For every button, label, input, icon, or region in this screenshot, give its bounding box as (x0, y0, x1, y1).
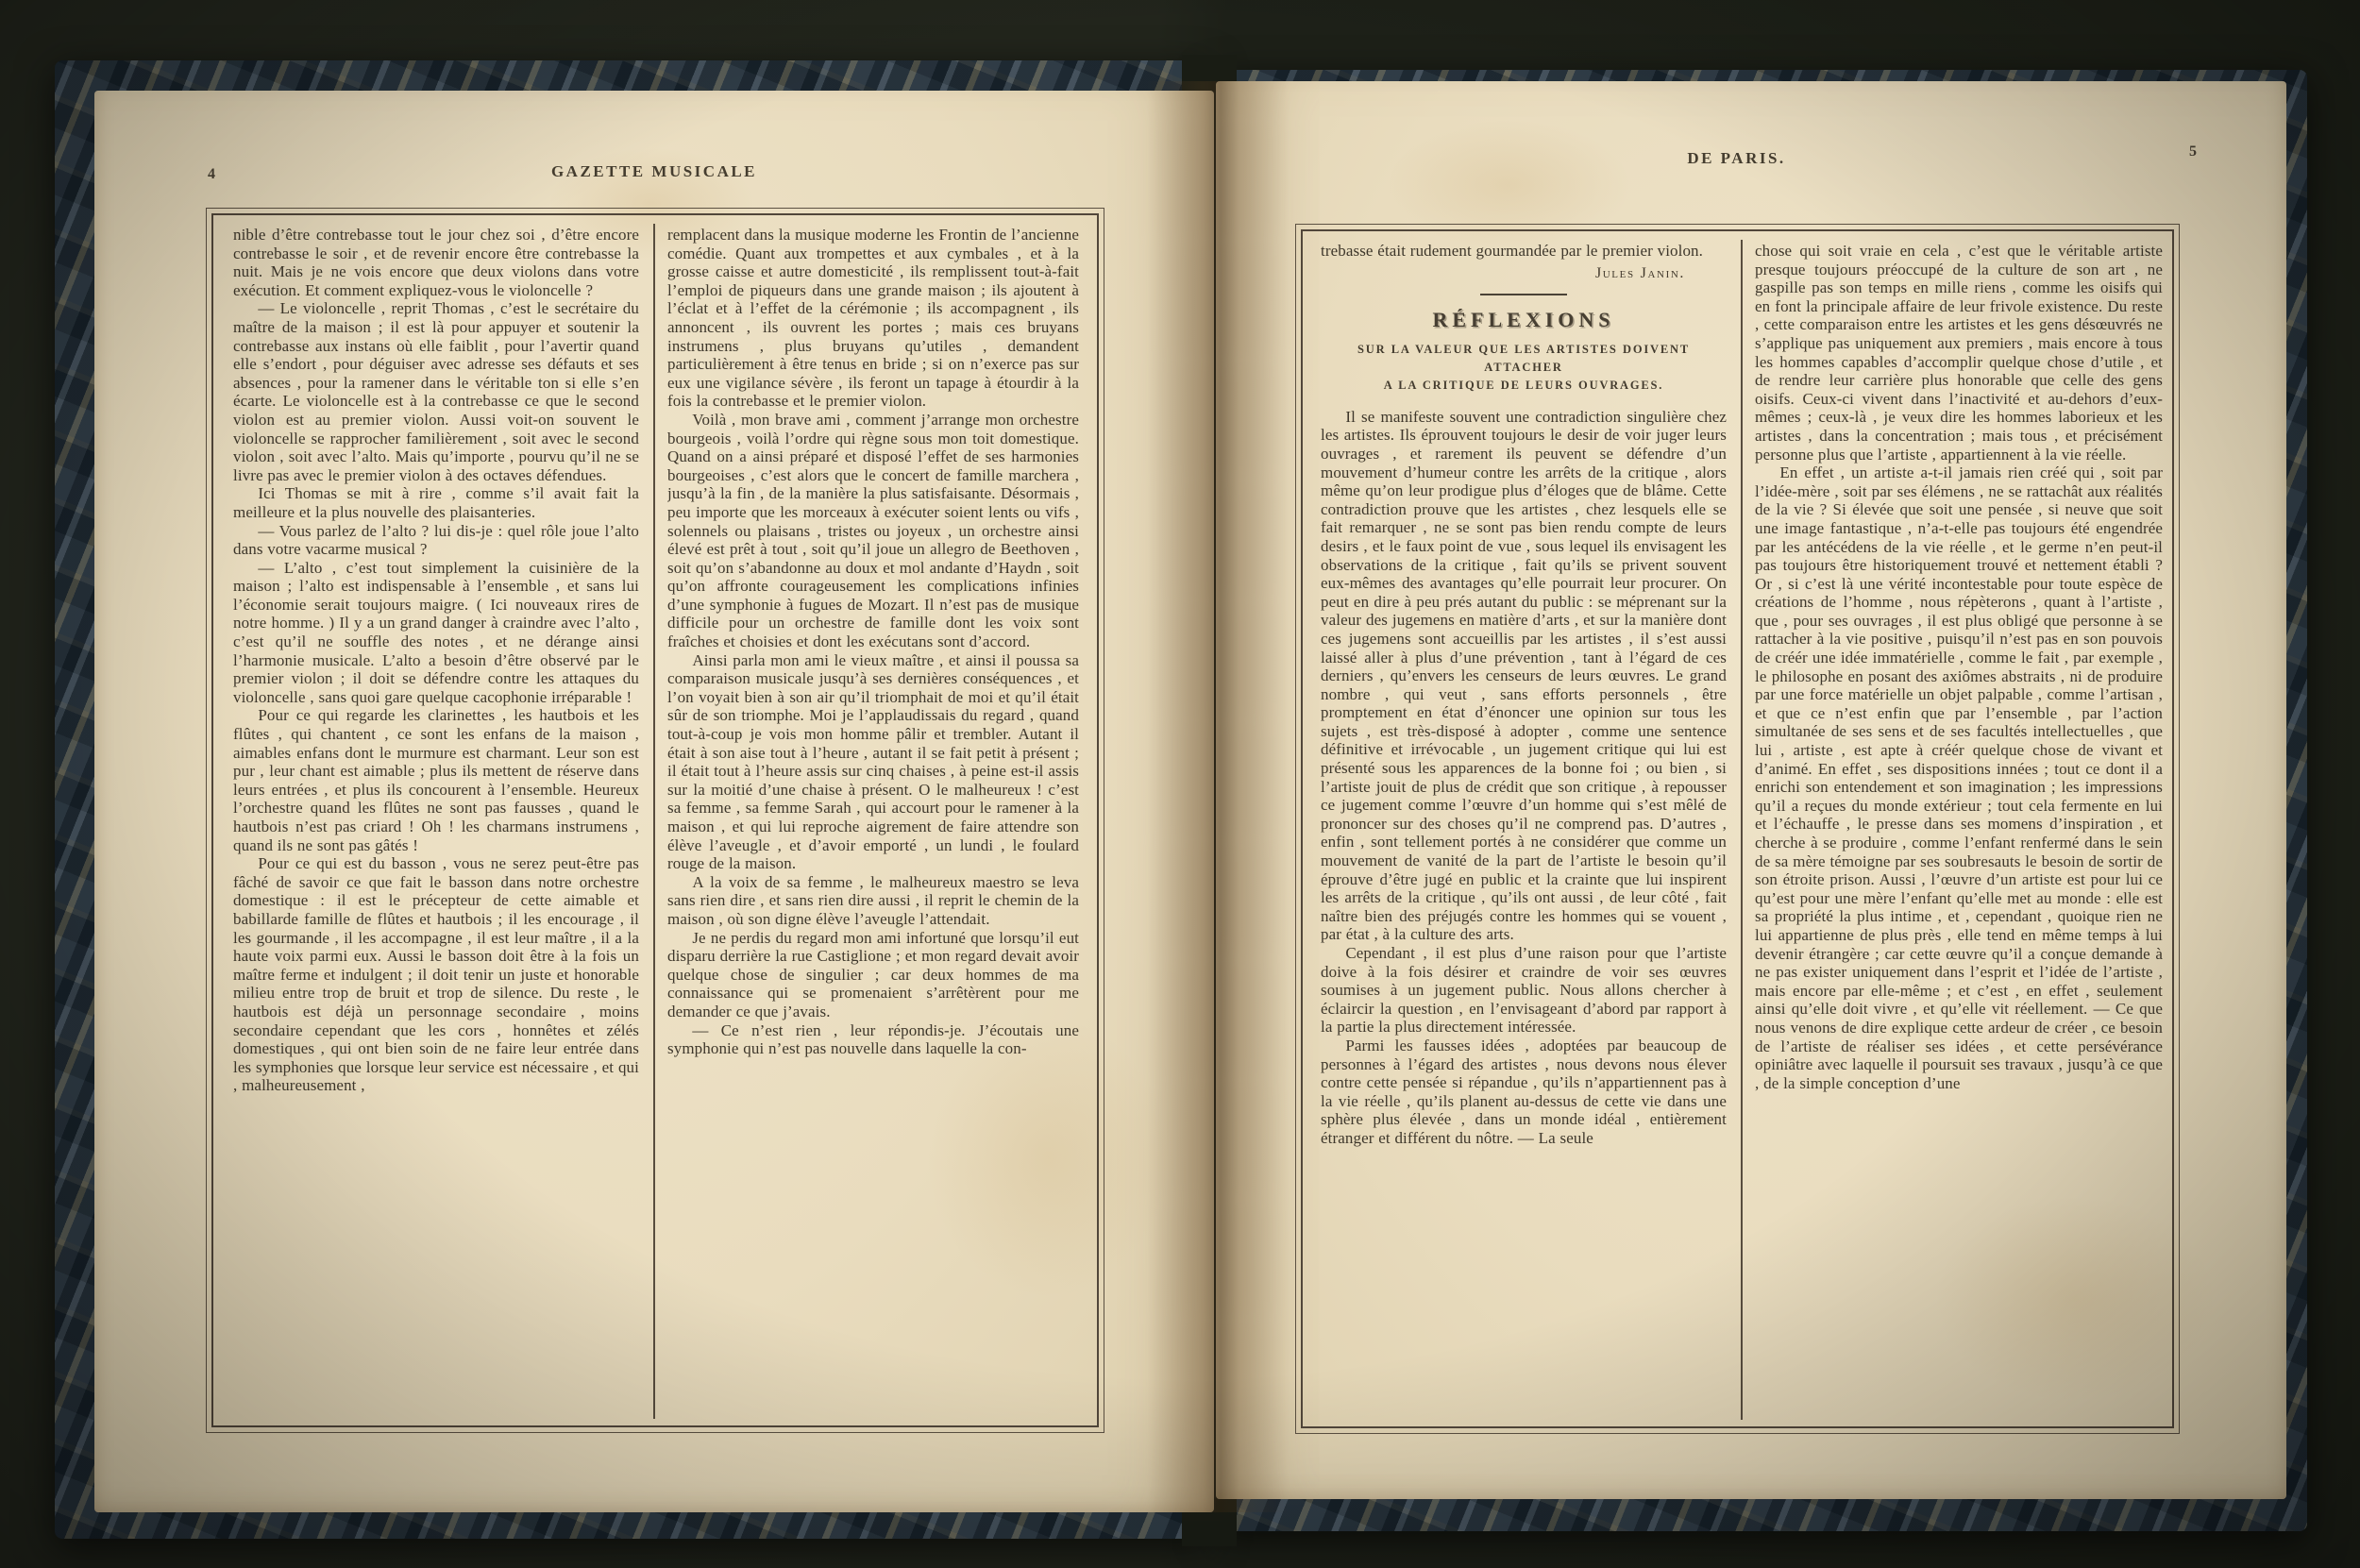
paragraph: Parmi les fausses idées , adoptées par b… (1321, 1037, 1727, 1148)
paragraph: A la voix de sa femme , le malheureux ma… (667, 873, 1079, 929)
left-page-column-1: nible d’être contrebasse tout le jour ch… (233, 226, 639, 1421)
paragraph: Pour ce qui regarde les clarinettes , le… (233, 706, 639, 854)
paragraph: nible d’être contrebasse tout le jour ch… (233, 226, 639, 299)
text-frame-right: trebasse était rudement gourmandée par l… (1295, 224, 2180, 1434)
section-subtitle: SUR LA VALEUR QUE LES ARTISTES DOIVENT A… (1321, 341, 1727, 395)
paragraph: Il se manifeste souvent une contradictio… (1321, 408, 1727, 944)
column-divider (653, 224, 655, 1419)
paragraph: Je ne perdis du regard mon ami infortuné… (667, 929, 1079, 1021)
paragraph: chose qui soit vraie en cela , c’est que… (1755, 242, 2163, 464)
paragraph: Voilà , mon brave ami , comment j’arrang… (667, 411, 1079, 651)
right-page-column-1: trebasse était rudement gourmandée par l… (1321, 242, 1727, 1422)
running-head-left: GAZETTE MUSICALE (206, 162, 1103, 181)
separator-rule (1480, 294, 1567, 295)
photo-background: 4 GAZETTE MUSICALE nible d’être contreba… (0, 0, 2360, 1568)
left-page-column-2: remplacent dans la musique moderne les F… (667, 226, 1079, 1421)
column-divider (1741, 240, 1743, 1420)
paragraph: Cependant , il est plus d’une raison pou… (1321, 944, 1727, 1037)
paragraph: — Vous parlez de l’alto ? lui dis-je : q… (233, 522, 639, 559)
paragraph: Ici Thomas se mit à rire , comme s’il av… (233, 484, 639, 521)
section-body: Il se manifeste souvent une contradictio… (1321, 408, 1727, 1148)
page-number-right: 5 (2189, 143, 2198, 160)
section-subtitle-line1: SUR LA VALEUR QUE LES ARTISTES DOIVENT A… (1357, 343, 1690, 374)
page-left: 4 GAZETTE MUSICALE nible d’être contreba… (94, 91, 1214, 1512)
paragraph: Pour ce qui est du basson , vous ne sere… (233, 854, 639, 1095)
paragraph: En effet , un artiste a-t-il jamais rien… (1755, 464, 2163, 1092)
paragraph: — Ce n’est rien , leur répondis-je. J’éc… (667, 1021, 1079, 1058)
paragraph: trebasse était rudement gourmandée par l… (1321, 242, 1727, 261)
article-signature: Jules Janin. (1321, 264, 1727, 283)
text-frame-left: nible d’être contrebasse tout le jour ch… (206, 208, 1104, 1433)
running-head-right: DE PARIS. (1295, 149, 2178, 168)
section-subtitle-line2: A LA CRITIQUE DE LEURS OUVRAGES. (1384, 379, 1663, 392)
paragraph: remplacent dans la musique moderne les F… (667, 226, 1079, 411)
section-title: RÉFLEXIONS (1321, 311, 1727, 329)
paragraph: — Le violoncelle , reprit Thomas , c’est… (233, 299, 639, 484)
page-right: 5 DE PARIS. trebasse était rudement gour… (1216, 81, 2286, 1499)
paragraph: Ainsi parla mon ami le vieux maître , et… (667, 651, 1079, 873)
right-page-column-2: chose qui soit vraie en cela , c’est que… (1755, 242, 2163, 1422)
paragraph: — L’alto , c’est tout simplement la cuis… (233, 559, 639, 707)
